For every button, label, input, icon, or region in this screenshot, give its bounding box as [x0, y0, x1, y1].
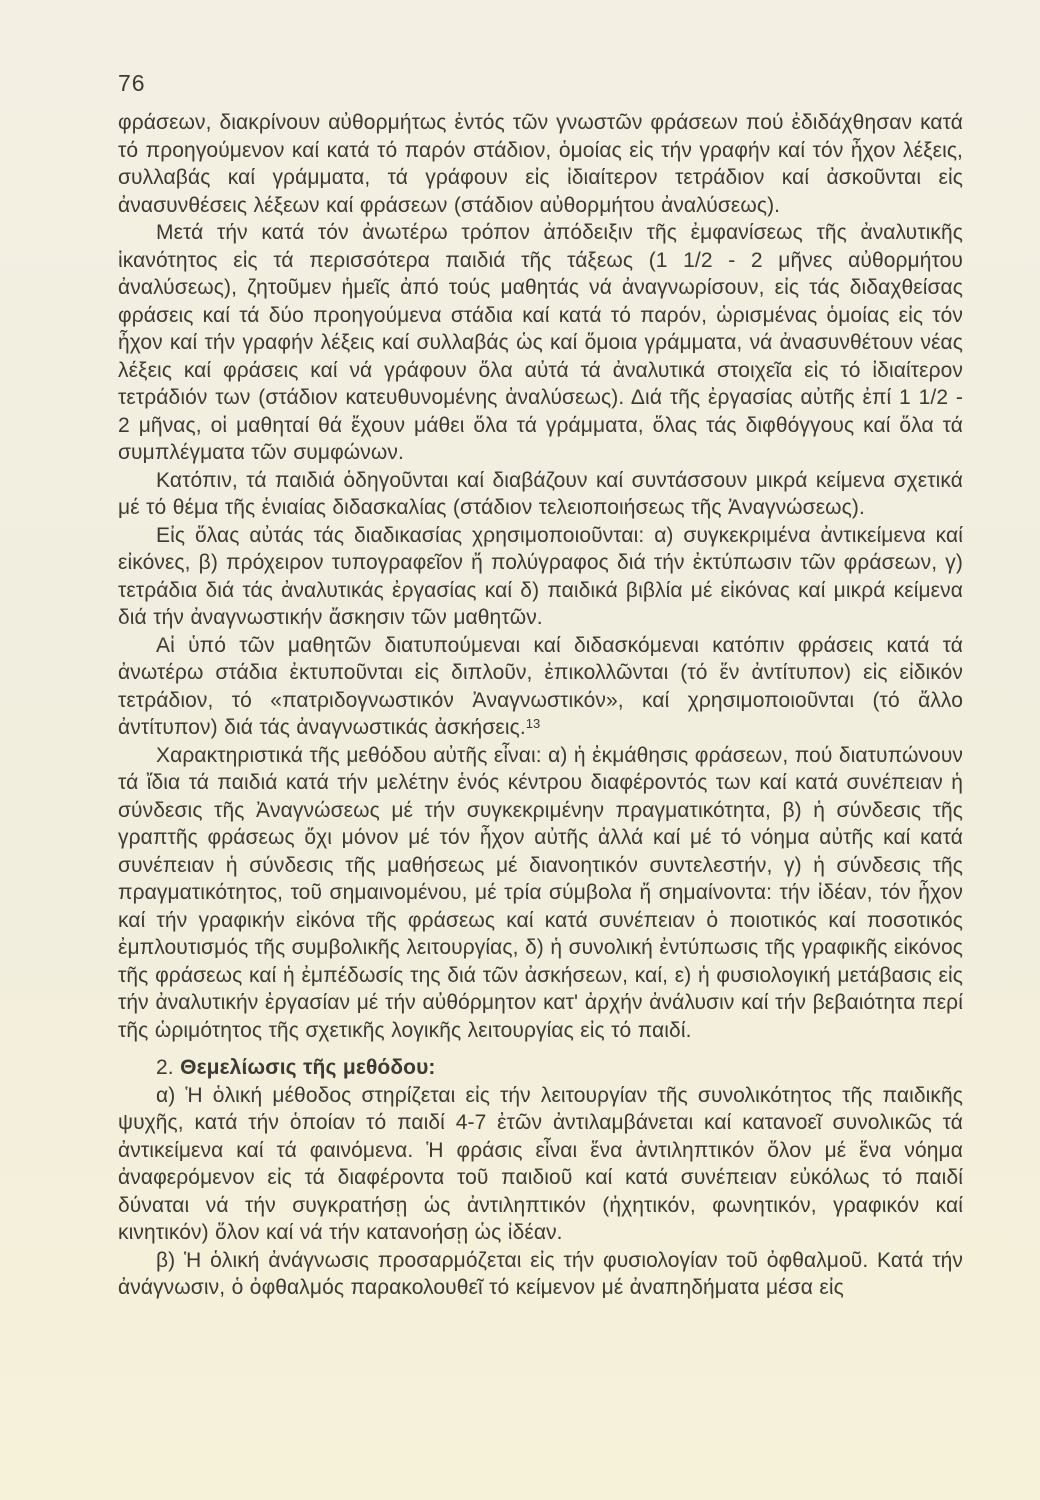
body-paragraph: α) Ἡ ὁλική μέθοδος στηρίζεται εἰς τήν λε…	[118, 1082, 963, 1247]
body-paragraph: Κατόπιν, τά παιδιά ὁδηγοῦνται καί διαβάζ…	[118, 467, 963, 522]
body-paragraph: Αἱ ὑπό τῶν μαθητῶν διατυπούμεναι καί διδ…	[118, 632, 963, 742]
section-heading: 2. Θεμελίωσις τῆς μεθόδου:	[118, 1054, 963, 1082]
scanned-book-page: 76 φράσεων, διακρίνουν αὐθορμήτως ἐντός …	[0, 0, 1040, 1500]
body-paragraph: φράσεων, διακρίνουν αὐθορμήτως ἐντός τῶν…	[118, 109, 963, 219]
body-paragraph: Χαρακτηριστικά τῆς μεθόδου αὐτῆς εἶναι: …	[118, 742, 963, 1045]
text-block: 76 φράσεων, διακρίνουν αὐθορμήτως ἐντός …	[118, 70, 963, 1302]
body-paragraph: Εἰς ὅλας αὐτάς τάς διαδικασίας χρησιμοπο…	[118, 522, 963, 632]
footnote-reference: 13	[526, 716, 540, 731]
page-number: 76	[118, 70, 963, 96]
body-paragraph: Μετά τήν κατά τόν ἀνωτέρω τρόπον ἀπόδειξ…	[118, 219, 963, 467]
page-text: φράσεων, διακρίνουν αὐθορμήτως ἐντός τῶν…	[118, 109, 963, 1302]
body-paragraph: β) Ἡ ὁλική ἀνάγνωσις προσαρμόζεται εἰς τ…	[118, 1247, 963, 1302]
